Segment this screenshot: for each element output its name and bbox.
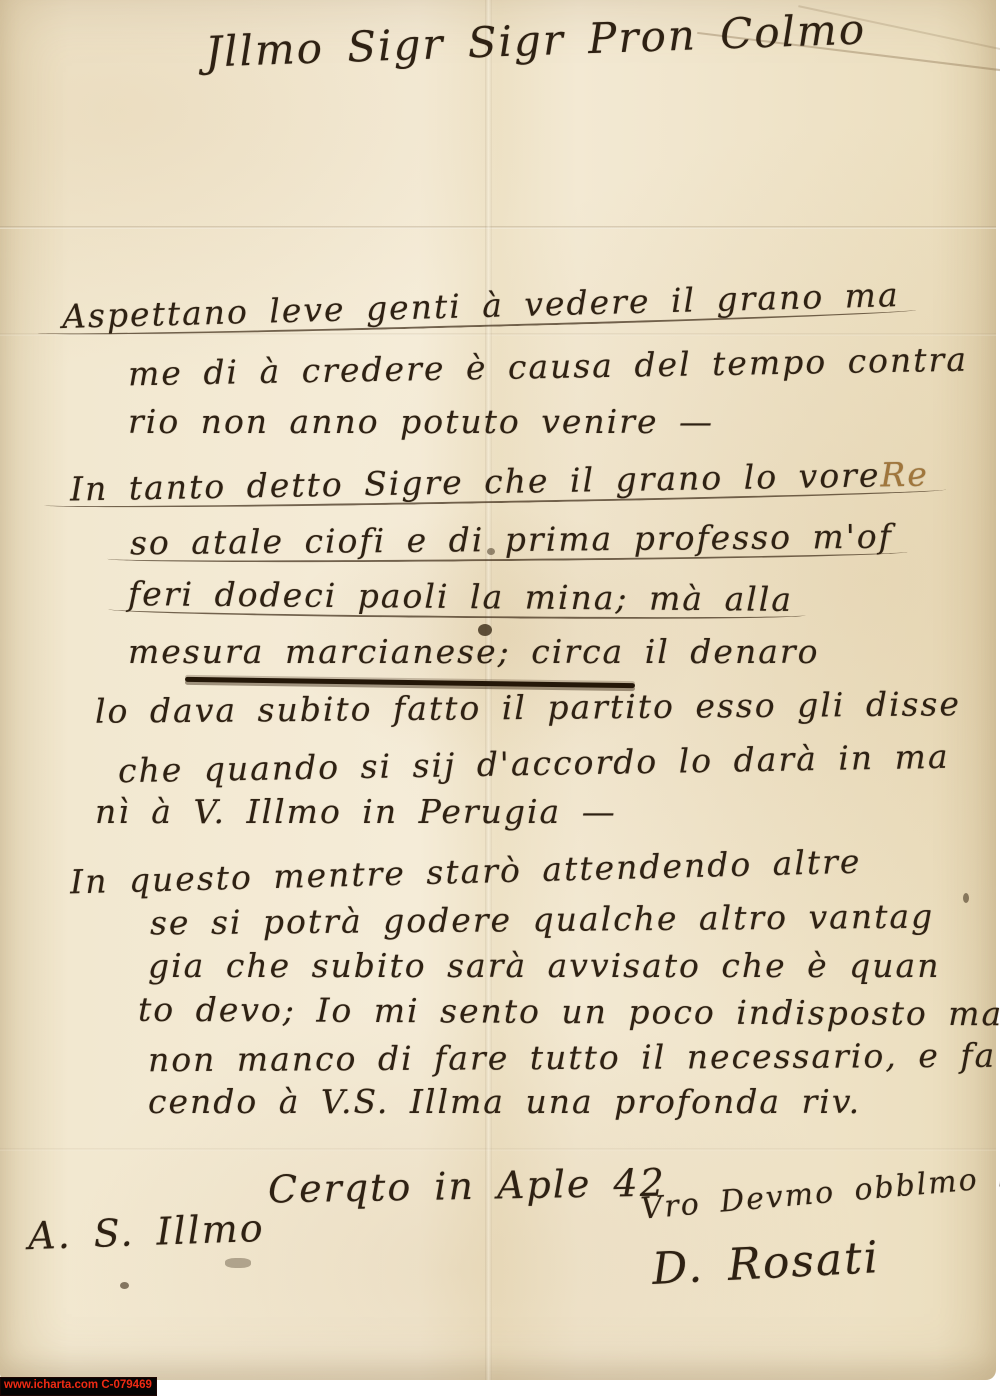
salutation-line: Jllmo Sigr Sigr Pron Colmo (204, 4, 867, 76)
line-text: feri dodeci paoli la mina; mà alla (128, 574, 793, 619)
line-text: cendo à V.S. Illma una profonda riv. (148, 1082, 861, 1121)
line-text: me di à credere è causa del tempo contra (128, 340, 969, 394)
line-text: gia che subito sarà avvisato che è quan (148, 946, 940, 985)
manuscript-line: lo dava subito fatto il partito esso gli… (95, 684, 961, 731)
line-text: so atale ciofi e di prima professo m'of (130, 517, 893, 563)
fold-crease-horizontal (0, 226, 996, 229)
manuscript-line: Aspettano leve genti à vedere il grano m… (62, 275, 900, 336)
watermark-text: www.icharta.com C-079469 (4, 1379, 152, 1391)
faded-ink-word: Re (880, 455, 929, 495)
fold-crease-horizontal (0, 1148, 996, 1151)
address-note-text: A. S. Illmo (27, 1206, 265, 1258)
manuscript-line: In questo mentre starò attendendo altre (70, 842, 862, 902)
line-text: lo dava subito fatto il partito esso gli… (95, 684, 961, 731)
manuscript-line: In tanto detto Sigre che il grano lo vor… (70, 455, 929, 509)
crossed-out-stroke (185, 677, 635, 688)
line-text: se si potrà godere qualche altro vantag (150, 897, 934, 943)
dateline: Cerqto in Aple 42 (268, 1161, 667, 1212)
manuscript-line: nì à V. Illmo in Perugia — (95, 792, 617, 831)
ink-blot (487, 548, 495, 555)
ink-blot (478, 624, 492, 636)
document-scan: Jllmo Sigr Sigr Pron Colmo Aspettano lev… (0, 0, 1000, 1397)
line-text: In tanto detto Sigre che il grano lo vor… (70, 455, 881, 508)
ink-blot (963, 893, 969, 903)
line-text: Aspettano leve genti à vedere il grano m… (62, 275, 900, 336)
manuscript-line: mesura marcianese; circa il denaro (128, 632, 820, 671)
manuscript-line: cendo à V.S. Illma una profonda riv. (148, 1082, 861, 1121)
paper-sheet: Jllmo Sigr Sigr Pron Colmo Aspettano lev… (0, 0, 996, 1380)
manuscript-line: gia che subito sarà avvisato che è quan (148, 946, 940, 985)
manuscript-line: che quando si sij d'accordo lo darà in m… (118, 737, 950, 791)
manuscript-line: feri dodeci paoli la mina; mà alla (128, 574, 793, 619)
ink-stain (225, 1258, 251, 1268)
line-text: rio non anno potuto venire — (128, 402, 714, 441)
manuscript-line: me di à credere è causa del tempo contra (128, 340, 969, 394)
line-text: che quando si sij d'accordo lo darà in m… (118, 737, 950, 791)
manuscript-line: so atale ciofi e di prima professo m'of (130, 517, 893, 563)
line-text: non manco di fare tutto il necessario, e… (148, 1036, 996, 1079)
line-text: In questo mentre starò attendendo altre (70, 842, 862, 902)
line-text: to devo; Io mi sento un poco indisposto … (138, 990, 1000, 1034)
ink-blot (120, 1282, 129, 1289)
watermark-badge: www.icharta.com C-079469 (0, 1377, 157, 1396)
closing-line: Vro Devmo obblmo Serre (639, 1152, 1000, 1226)
line-text: mesura marcianese; circa il denaro (128, 632, 820, 671)
signature: D. Rosati (651, 1232, 881, 1295)
manuscript-line: se si potrà godere qualche altro vantag (150, 897, 934, 943)
address-note: A. S. Illmo (27, 1206, 265, 1258)
dateline-text: Cerqto in Aple 42 (268, 1161, 667, 1212)
manuscript-line: to devo; Io mi sento un poco indisposto … (138, 990, 1000, 1034)
closing-text: Vro Devmo obblmo Serre (639, 1152, 1000, 1226)
salutation-text: Jllmo Sigr Sigr Pron Colmo (204, 4, 867, 76)
signature-text: D. Rosati (651, 1232, 881, 1295)
line-text: nì à V. Illmo in Perugia — (95, 792, 617, 831)
manuscript-line: rio non anno potuto venire — (128, 402, 714, 441)
manuscript-line: non manco di fare tutto il necessario, e… (148, 1036, 996, 1079)
